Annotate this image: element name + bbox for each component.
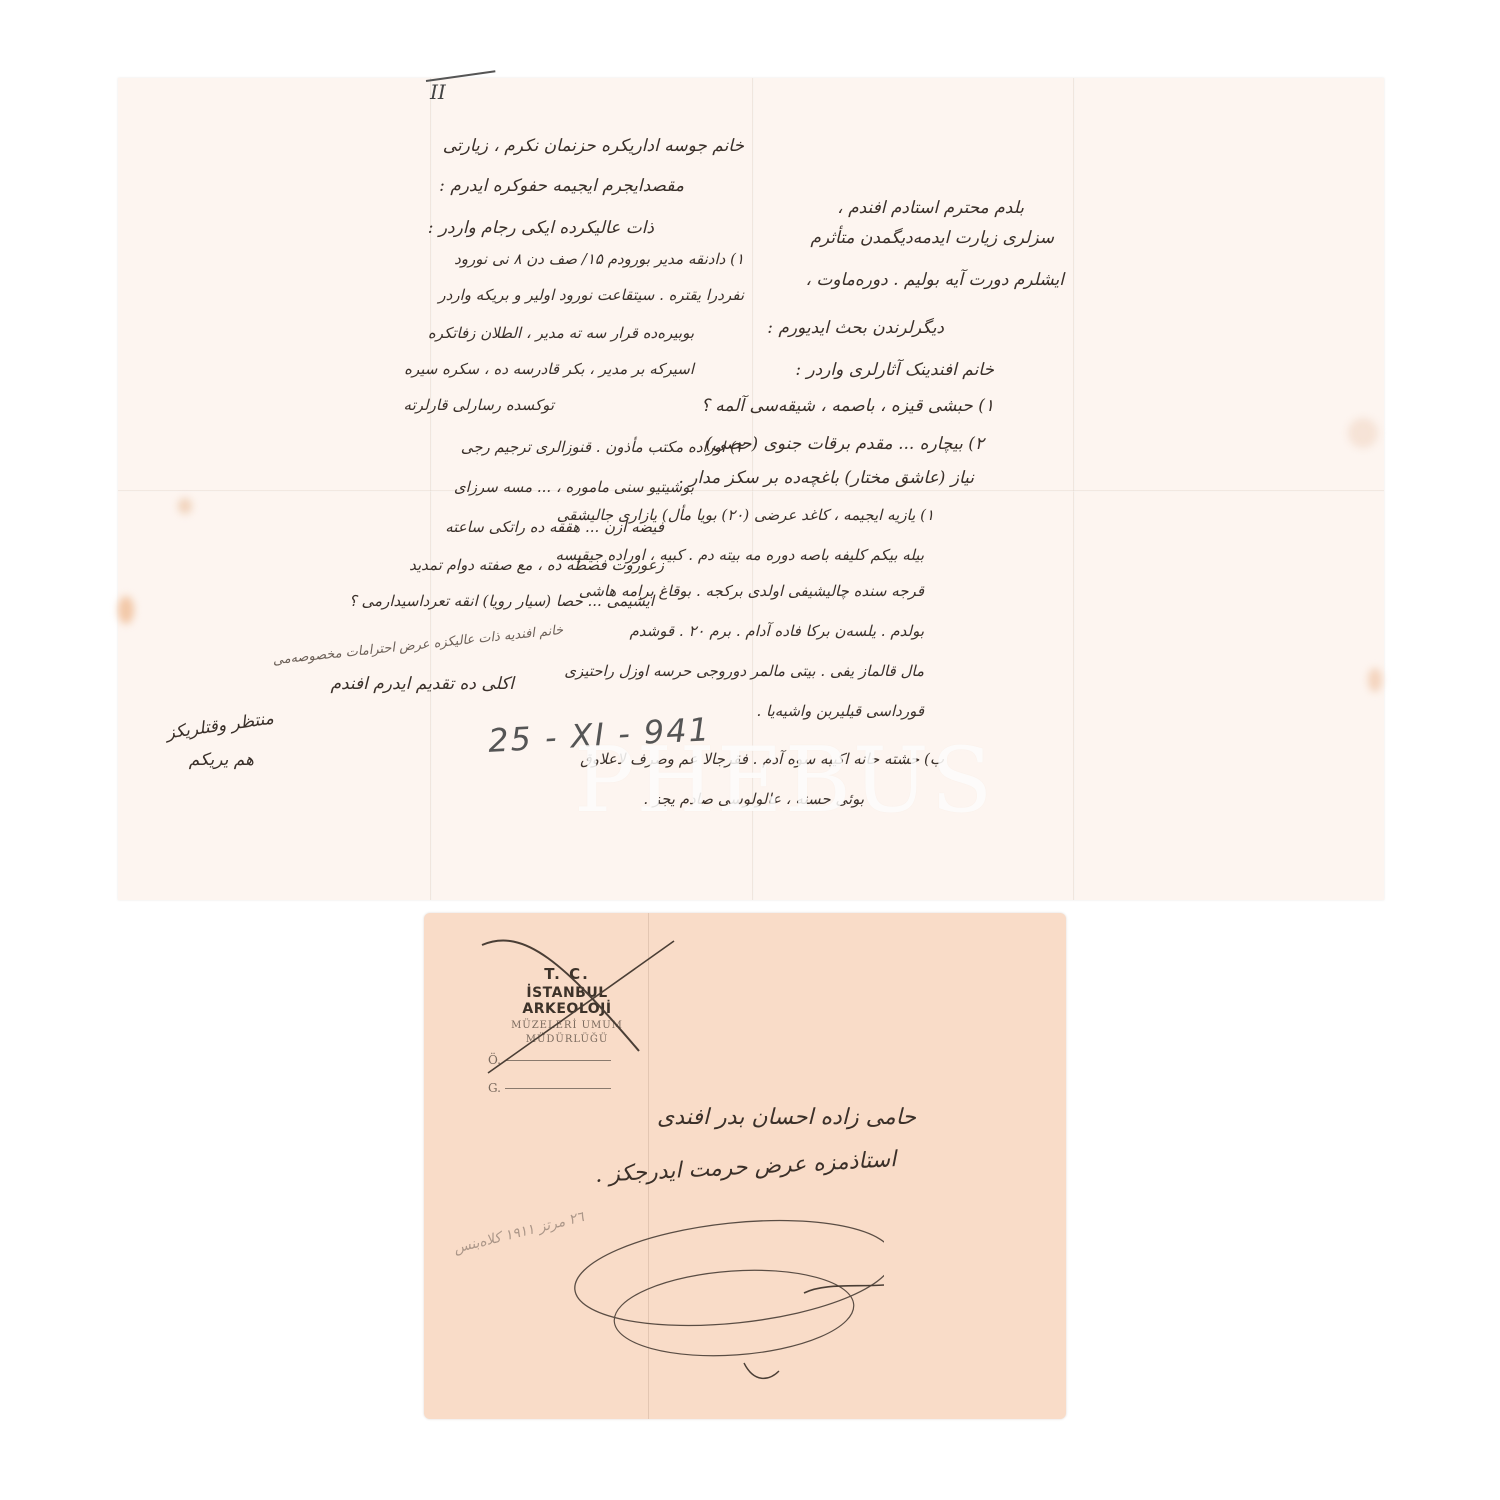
stain: [1348, 418, 1378, 448]
signature-flourish: [554, 1213, 884, 1393]
roman-numeral-mark: II: [430, 80, 446, 104]
letter-line: مقصدایجرم ایجیمه حفوکره ایدرم :: [439, 176, 684, 196]
fold-line: [118, 490, 1384, 492]
letter-line: ۱) دادنقه مدیر بورودم ۱۵/ صف دن ۸ نی نور…: [454, 250, 744, 268]
fold-line: [430, 78, 432, 900]
stain: [1368, 668, 1382, 692]
closing-line: منتظر وقتلریکز: [165, 709, 275, 744]
letter-line: بوئی حسنه ، عالولوسی صادم یجز .: [643, 790, 864, 808]
letter-line: بولدم . یلسه‌ن برکا فاده آدام . برم ۲۰ .…: [630, 622, 924, 640]
museum-letterhead-card: T. C. İSTANBUL ARKEOLOJİ MÜZELERİ UMUM M…: [424, 913, 1066, 1419]
card-handwriting-line: حامی زاده احسان بدر افندی: [657, 1105, 916, 1130]
letter-line: اسیرکه بر مدیر ، بکر قادرسه ده ، سکره سی…: [404, 360, 694, 378]
letter-line: نفردرا یقتره . سیتقاعت نورود اولیر و بری…: [438, 286, 744, 304]
letter-line: مال قالماز یفی . بیتی مالمر دوروجی حرسه …: [564, 662, 924, 680]
letter-line: دیگرلرندن بحث ایدیورم :: [767, 318, 944, 338]
letter-line: خانم افندیه ذات عالیکزه عرض احترامات مخص…: [272, 623, 564, 668]
letter-line: بوشیتیو سنی ماموره ، ... مسه سرزای: [454, 478, 694, 496]
letter-line: زعوروت فصطه ده ، مع صفته دوام تمدید: [409, 556, 664, 574]
card-handwriting-line: استاذمزه عرض حرمت ایدرجکز .: [594, 1147, 896, 1188]
letter-line: ۲) اوراده مکتب مأذون . قنوزالری ترجیم رج…: [461, 438, 744, 456]
letter-line: ایشیمی ... حصا (سیار رویا) انقه تعرداسید…: [349, 592, 654, 610]
fold-line: [1073, 78, 1075, 900]
letter-line: توکسده رسارلی قارلرته: [404, 396, 554, 414]
letter-line: فیضه ازن ... هققه ده راتکی ساعته: [445, 518, 664, 536]
letter-line: سزلری زیارت ایدمه‌دیگمدن متأثرم: [810, 228, 1054, 248]
stain: [178, 498, 192, 514]
signature-line: هم یریکم: [189, 750, 254, 770]
letter-line: ۲) بیچاره ... مقدم برقات جنوی (حصی): [705, 434, 984, 454]
stain: [118, 596, 134, 624]
letter-line: بلدم محترم استادم افندم ،: [837, 198, 1024, 218]
handwritten-letter: II بلدم محترم استادم افندم ، سزلری زیارت…: [118, 78, 1384, 900]
letter-line: خانم جوسه اداریکره حزنمان نکرم ، زیارتی: [443, 136, 744, 156]
letter-line: بوبیره‌ده قرار سه ته مدیر ، الطلان زفاتک…: [428, 324, 694, 342]
letter-line: ب) حشته حانه اکیبه سوه آدم . فقرجالا عم …: [580, 750, 944, 768]
field-g: G.: [488, 1081, 611, 1095]
letter-line: ذات عالیکرده ایکی رجام واردر :: [428, 218, 654, 238]
letter-line: نیاز (عاشق مختار) باغچه‌ده بر سکز مدار .: [678, 468, 974, 488]
letter-line: ۱) حبشی قیزه ، باصمه ، شیقه‌سی آلمه ؟: [701, 396, 994, 416]
letter-line: قورداسی قیلیربن واشیه‌یا .: [756, 702, 924, 720]
letter-line: اکلی ده تقدیم ایدرم افندم: [330, 674, 514, 694]
cross-out-mark: [464, 933, 684, 1083]
letter-line: خانم افندینک آثارلری واردر :: [795, 360, 994, 380]
fold-line: [752, 78, 754, 900]
letter-line: ایشلرم دورت آیه بولیم . دوره‌ماوت ،: [805, 270, 1064, 290]
